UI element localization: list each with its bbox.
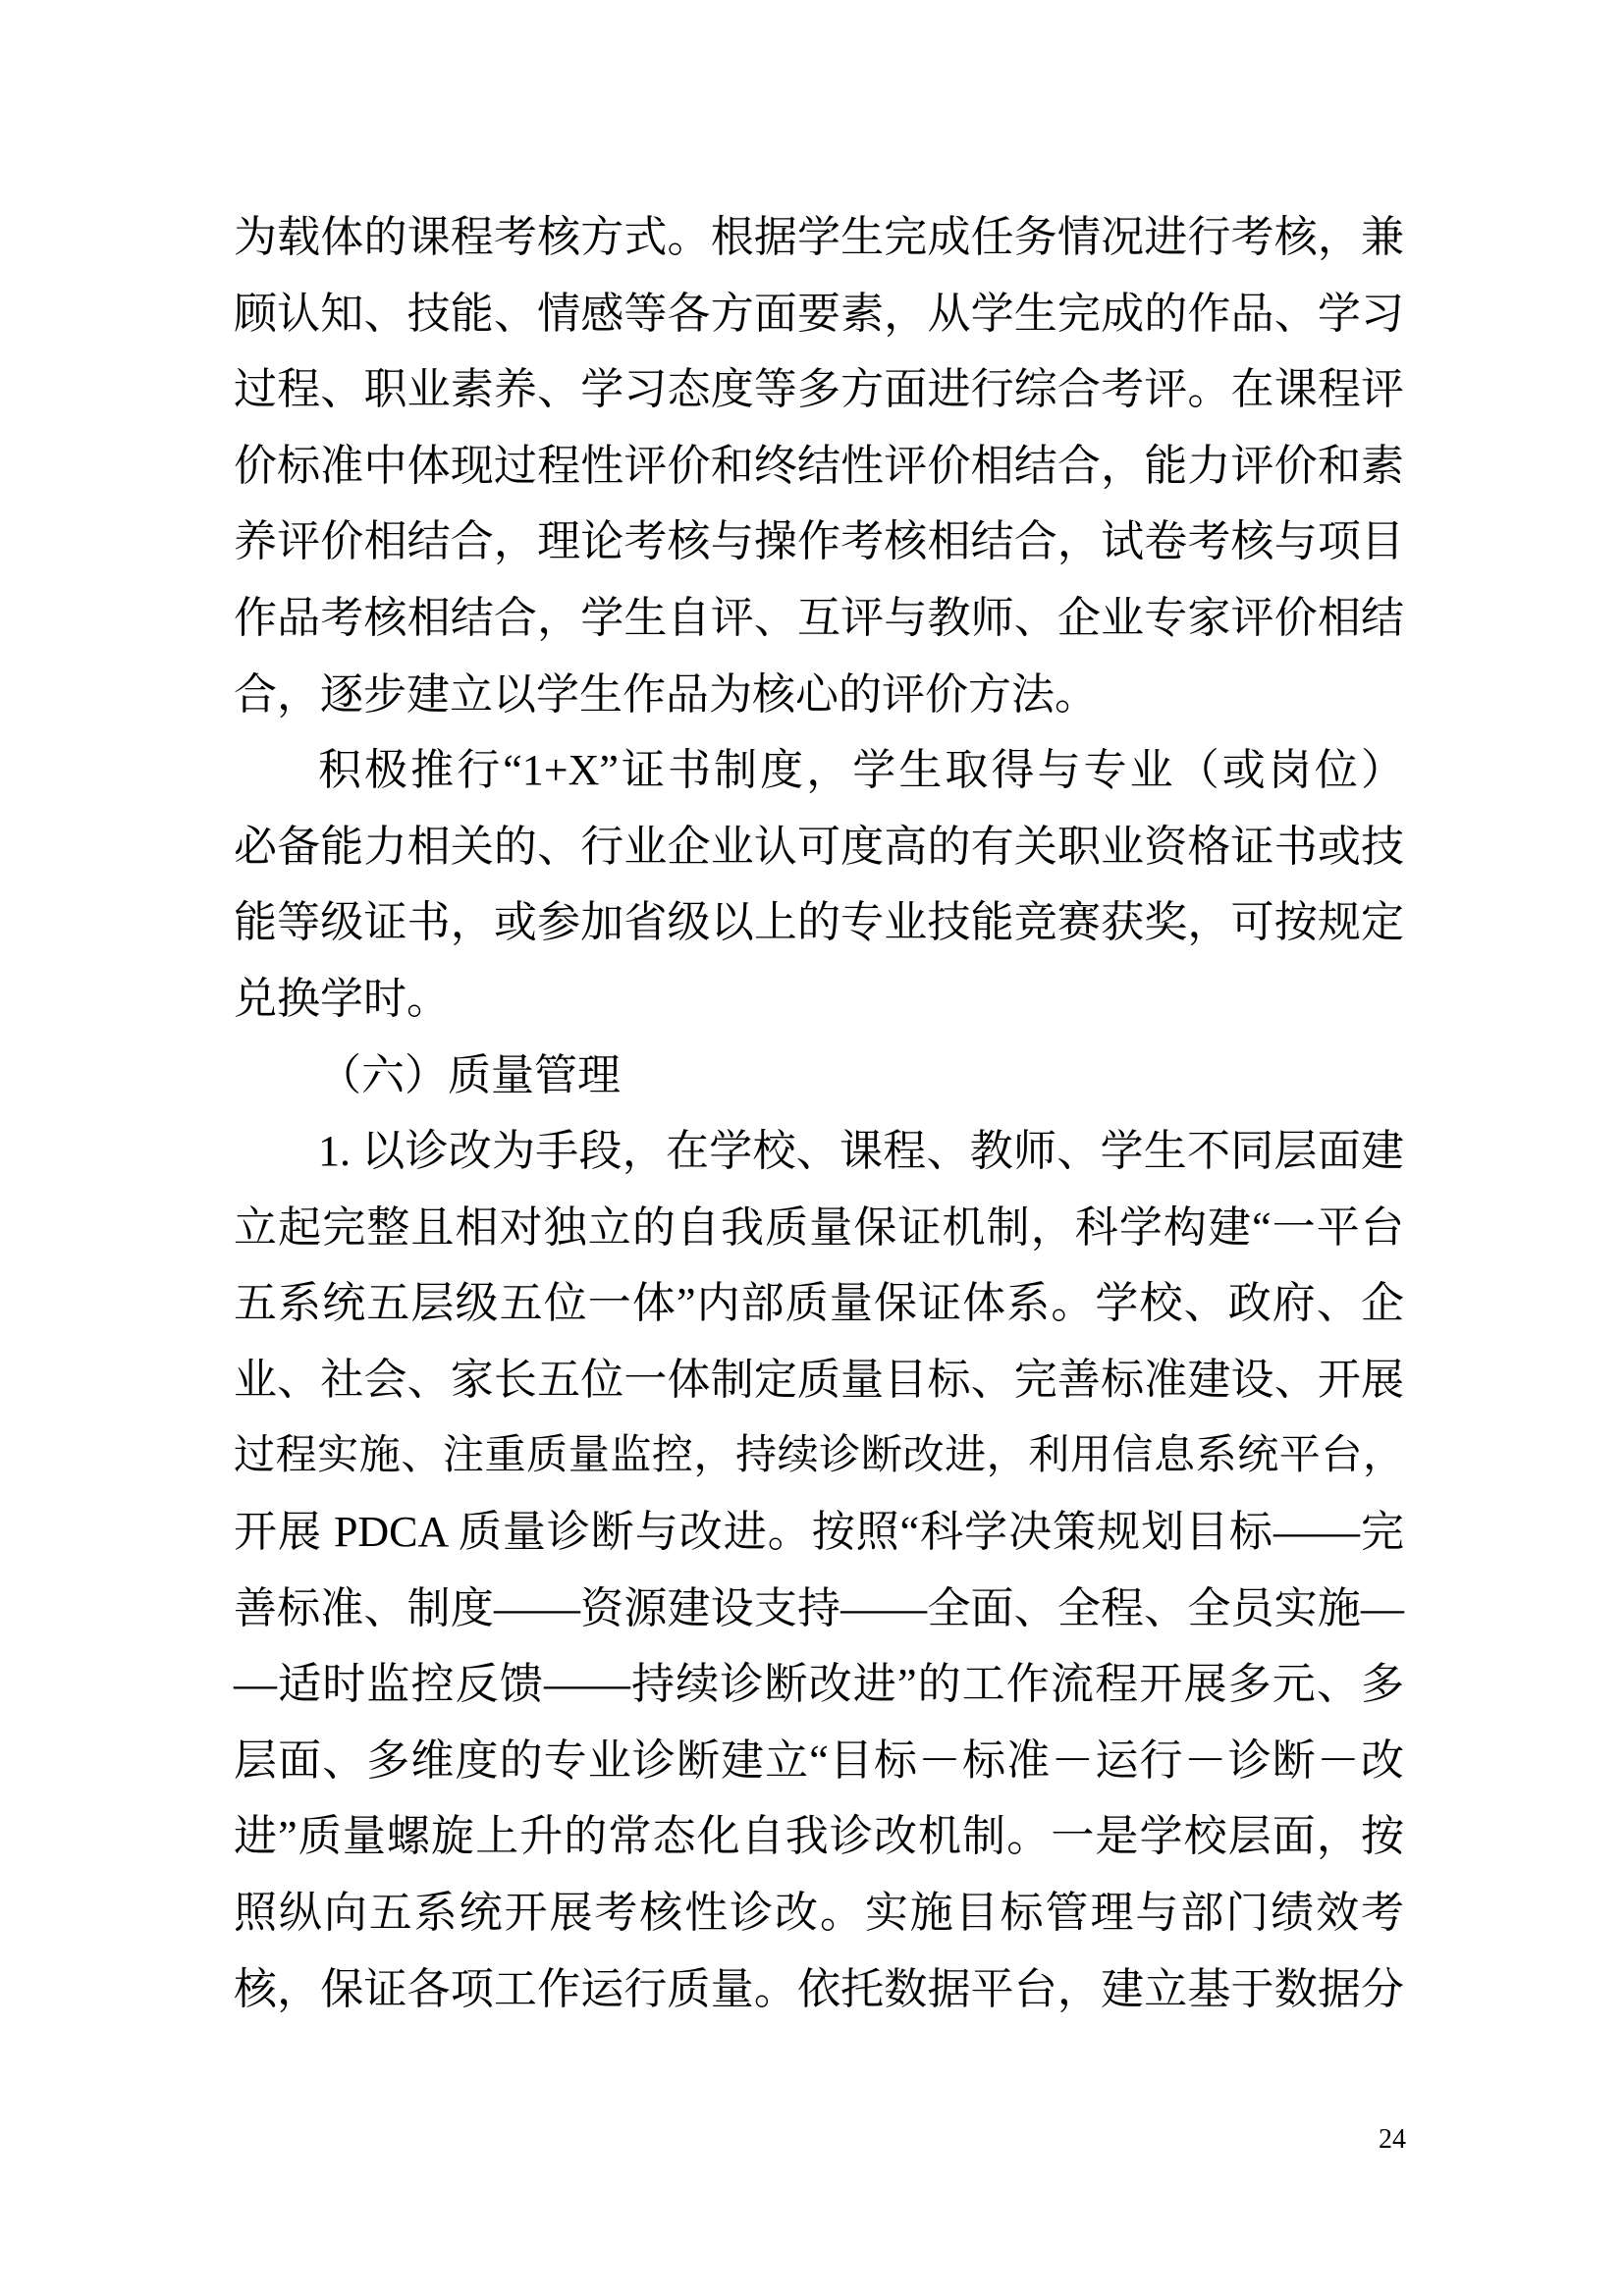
text-line: 养评价相结合，理论考核与操作考核相结合，试卷考核与项目 — [234, 504, 1404, 580]
text-line: 开展 PDCA 质量诊断与改进。按照“科学决策规划目标——完 — [234, 1494, 1404, 1571]
text-line: 五系统五层级五位一体”内部质量保证体系。学校、政府、企 — [234, 1265, 1404, 1342]
text-line: 合，逐步建立以学生作品为核心的评价方法。 — [234, 657, 1404, 733]
text-line: 照纵向五系统开展考核性诊改。实施目标管理与部门绩效考 — [234, 1875, 1404, 1951]
text-line: 价标准中体现过程性评价和终结性评价相结合，能力评价和素 — [234, 428, 1404, 505]
text-line: 业、社会、家长五位一体制定质量目标、完善标准建设、开展 — [234, 1342, 1404, 1418]
text-line: —适时监控反馈——持续诊断改进”的工作流程开展多元、多 — [234, 1646, 1404, 1723]
text-line: 必备能力相关的、行业企业认可度高的有关职业资格证书或技 — [234, 809, 1404, 885]
text-line: 顾认知、技能、情感等各方面要素，从学生完成的作品、学习 — [234, 276, 1404, 352]
text-line: 1. 以诊改为手段，在学校、课程、教师、学生不同层面建 — [234, 1113, 1404, 1190]
text-line: 作品考核相结合，学生自评、互评与教师、企业专家评价相结 — [234, 580, 1404, 657]
text-line: 能等级证书，或参加省级以上的专业技能竞赛获奖，可按规定 — [234, 884, 1404, 961]
text-line: 兑换学时。 — [234, 961, 1404, 1038]
document-page: 为载体的课程考核方式。根据学生完成任务情况进行考核，兼顾认知、技能、情感等各方面… — [0, 0, 1624, 2296]
page-number: 24 — [1326, 2123, 1406, 2157]
document-body: 为载体的课程考核方式。根据学生完成任务情况进行考核，兼顾认知、技能、情感等各方面… — [234, 199, 1404, 2027]
text-line: 过程实施、注重质量监控，持续诊断改进，利用信息系统平台， — [234, 1418, 1404, 1495]
text-line: 核，保证各项工作运行质量。依托数据平台，建立基于数据分 — [234, 1951, 1404, 2028]
text-line: 进”质量螺旋上升的常态化自我诊改机制。一是学校层面，按 — [234, 1798, 1404, 1875]
text-line: 立起完整且相对独立的自我质量保证机制，科学构建“一平台 — [234, 1190, 1404, 1266]
text-line: 善标准、制度——资源建设支持——全面、全程、全员实施— — [234, 1571, 1404, 1647]
text-line: 为载体的课程考核方式。根据学生完成任务情况进行考核，兼 — [234, 199, 1404, 276]
text-line: （六）质量管理 — [234, 1038, 1404, 1114]
text-line: 过程、职业素养、学习态度等多方面进行综合考评。在课程评 — [234, 351, 1404, 428]
text-line: 积极推行“1+X”证书制度，学生取得与专业（或岗位） — [234, 732, 1404, 809]
text-line: 层面、多维度的专业诊断建立“目标－标准－运行－诊断－改 — [234, 1723, 1404, 1799]
